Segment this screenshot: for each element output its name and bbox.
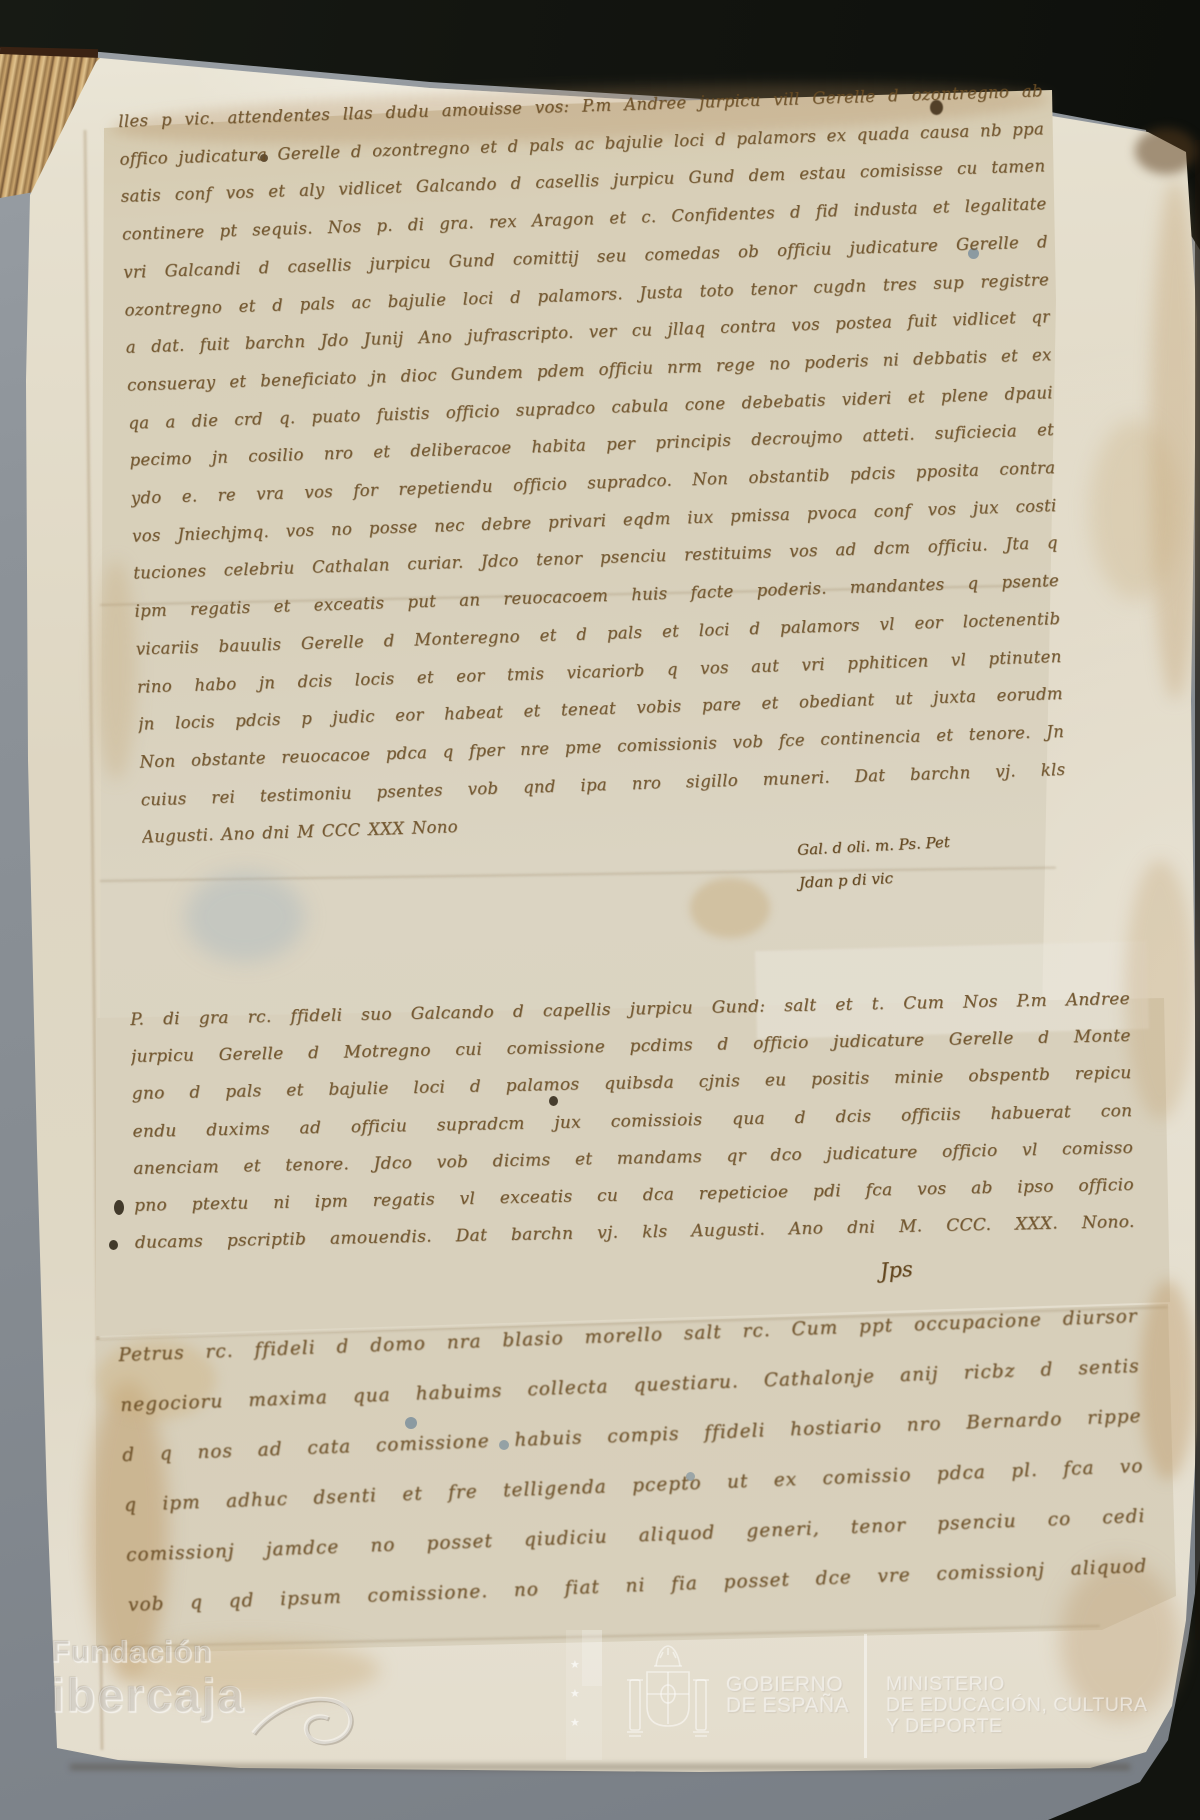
paper-stain bbox=[690, 878, 770, 938]
letter-1-text: lles p vic. attendentes llas dudu amouis… bbox=[118, 81, 1069, 901]
ink-blot bbox=[114, 1200, 124, 1215]
page-shadow bbox=[70, 1764, 1130, 1770]
ink-blot bbox=[109, 1240, 118, 1250]
paper-stain bbox=[1125, 860, 1195, 1120]
educacion-cultura-label: DE EDUCACIÓN, CULTURA bbox=[886, 1695, 1148, 1716]
government-watermark: GOBIERNO DE ESPAÑA bbox=[726, 1674, 849, 1716]
letter-2-signature: Jps bbox=[879, 1257, 913, 1283]
manuscript-line: Augusti. Ano dni M CCC XXX Nono bbox=[142, 817, 459, 857]
letter-1-signature: Gal. d oli. m. Ps. Pet Jdan p di vic bbox=[796, 826, 952, 900]
paper-stain bbox=[1135, 128, 1197, 174]
paper-stain bbox=[1090, 420, 1180, 600]
star-icon: ★ bbox=[570, 1716, 580, 1729]
manuscript-photo: lles p vic. attendentes llas dudu amouis… bbox=[0, 0, 1200, 1820]
y-deporte-label: Y DEPORTE bbox=[886, 1716, 1148, 1737]
de-espana-label: DE ESPAÑA bbox=[726, 1695, 849, 1716]
paper-stain bbox=[96, 560, 136, 780]
gobierno-label: GOBIERNO bbox=[726, 1674, 849, 1695]
letter-3-text: Petrus rc. ffideli d domo nra blasio mor… bbox=[118, 1306, 1150, 1675]
ministerio-label: MINISTERIO bbox=[886, 1674, 1148, 1695]
ministry-watermark: MINISTERIO DE EDUCACIÓN, CULTURA Y DEPOR… bbox=[886, 1674, 1148, 1737]
paper-stain bbox=[1140, 1280, 1195, 1480]
letter-2-text: P. di gra rc. ffideli suo Galcando d cap… bbox=[130, 989, 1136, 1310]
star-icon: ★ bbox=[570, 1687, 580, 1700]
star-icon: ★ bbox=[570, 1658, 580, 1671]
